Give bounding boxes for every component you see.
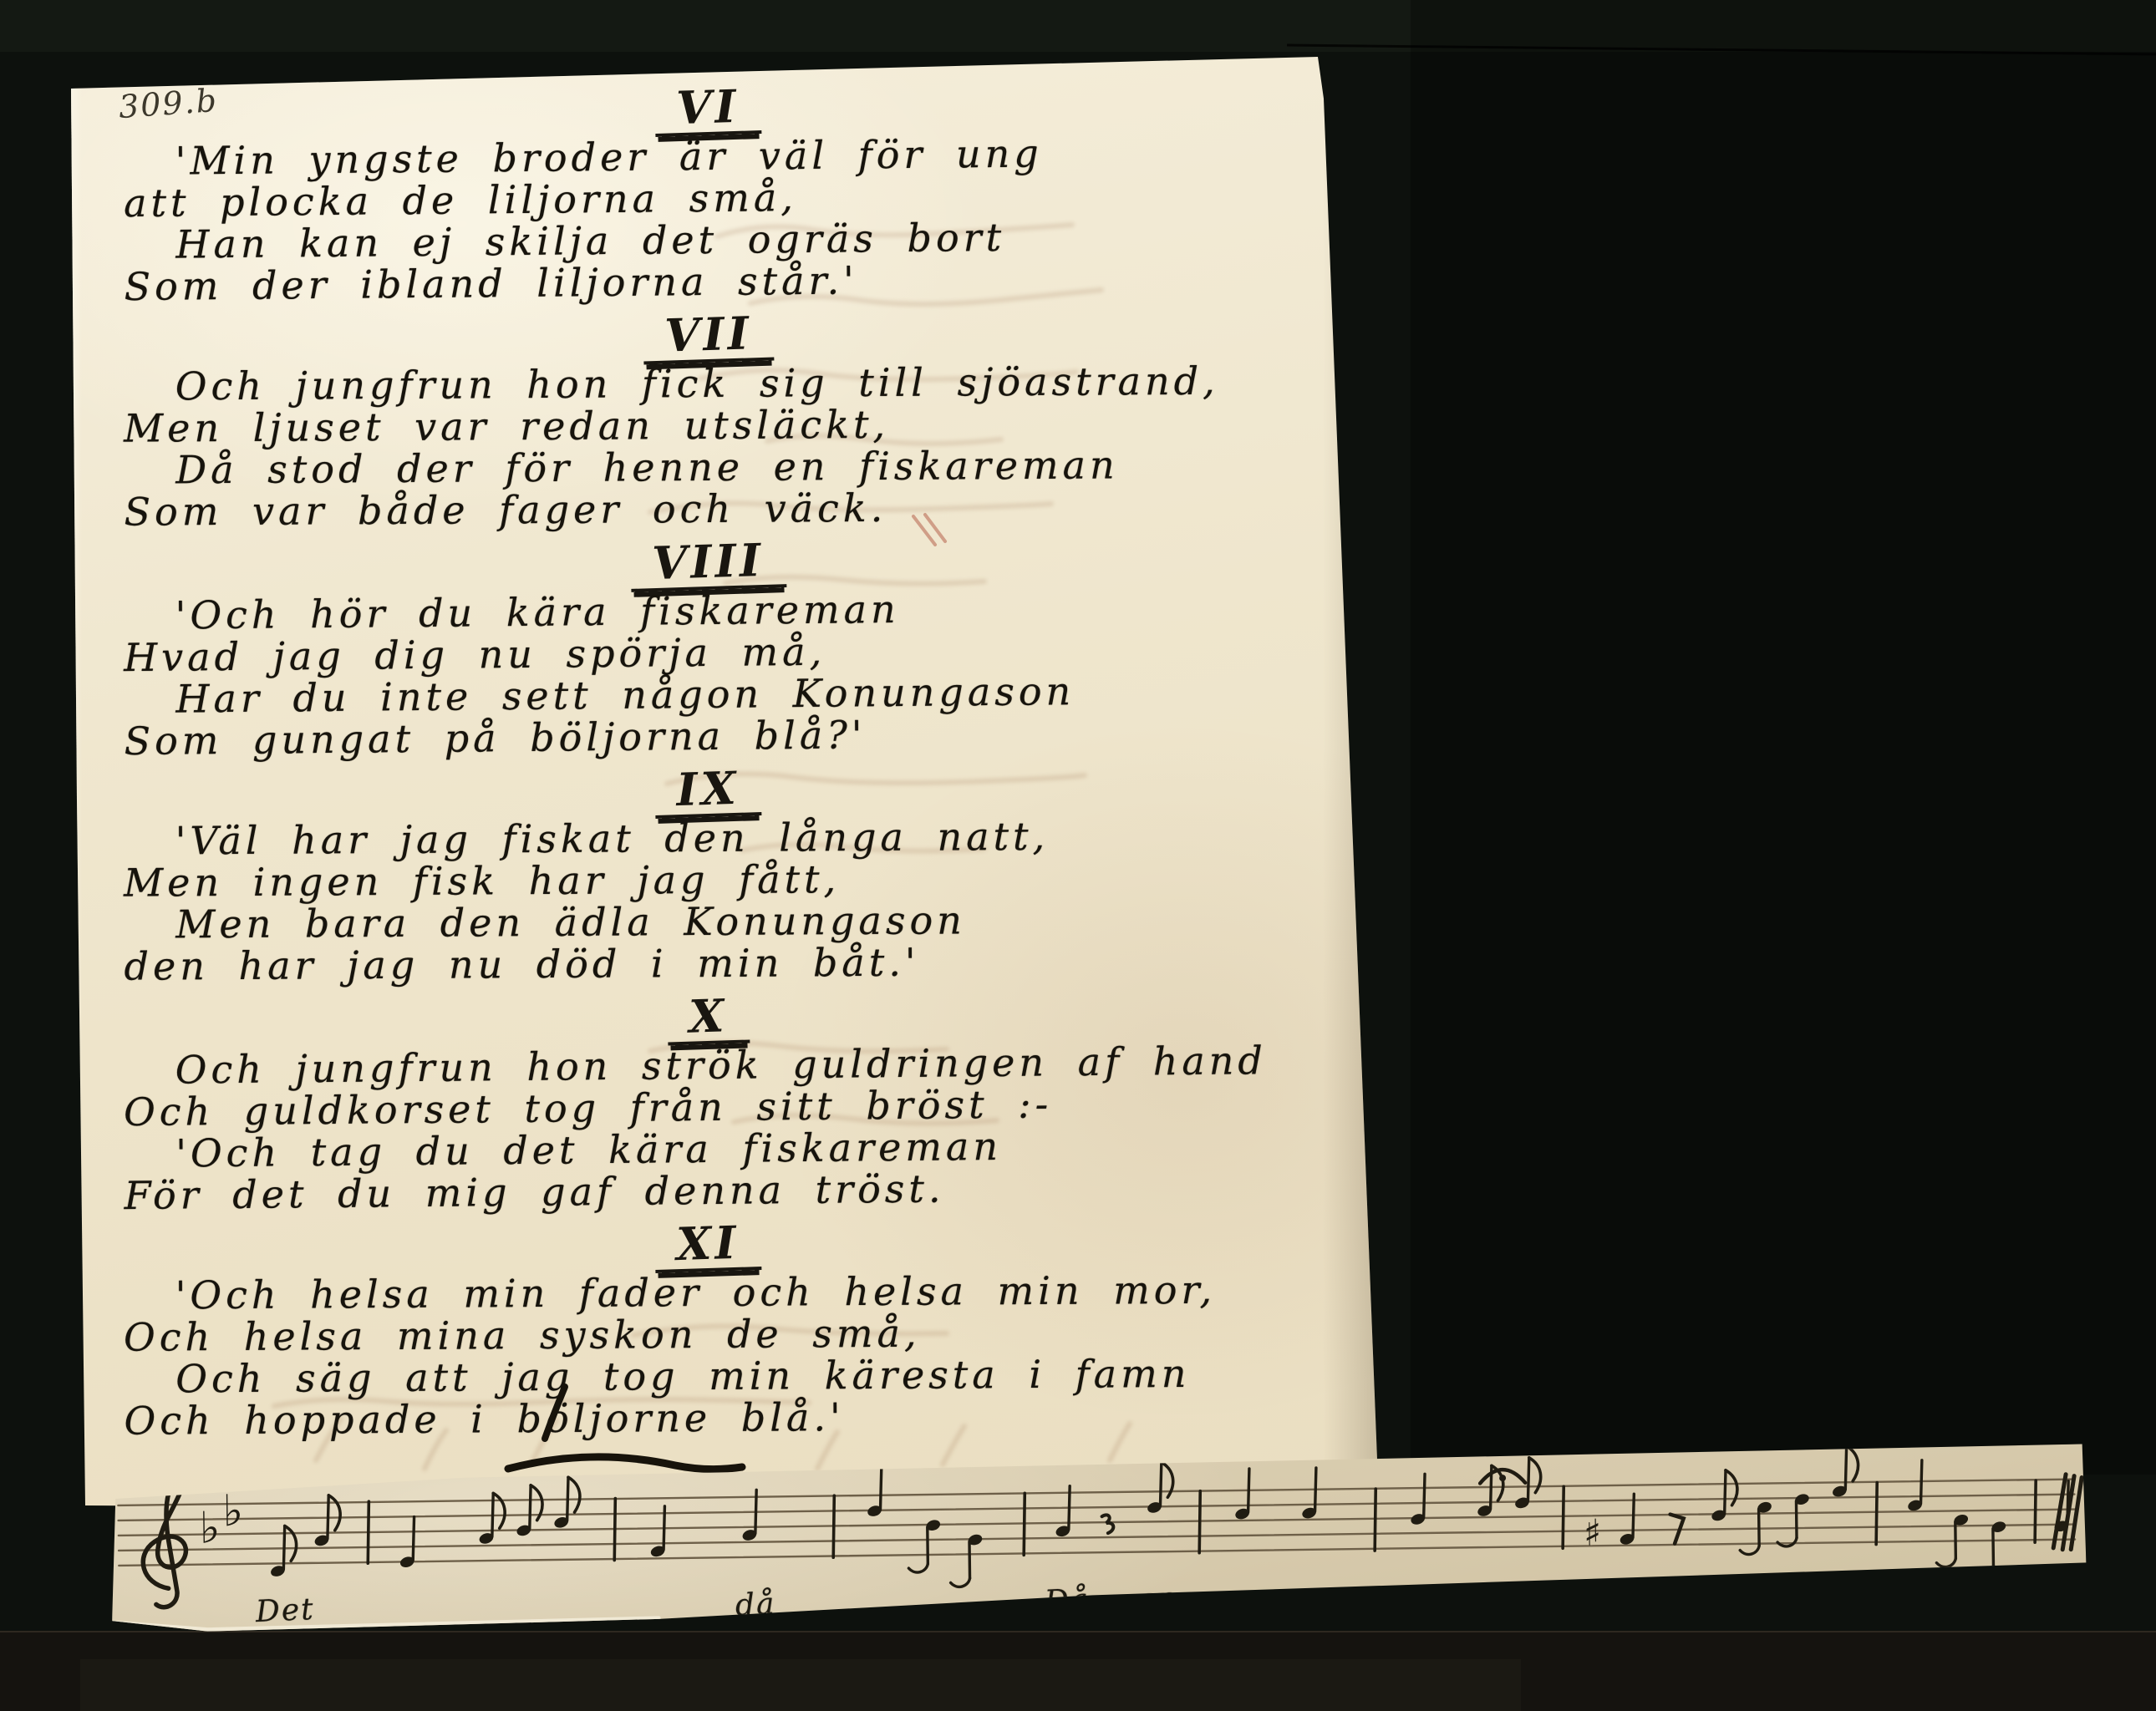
music-lyric: Det [255,1592,316,1629]
verse-line: Men bara den ädla Konungason [124,897,1294,945]
stanza-numeral: VIII [630,536,787,592]
verse-line: den har jag nu död i min båt.' [124,939,1294,987]
verse-line: Då stod der för henne en fiskareman [124,443,1294,490]
music-lyric: Då [1044,1582,1091,1619]
mount-board-right-panel [1411,0,2156,1475]
verse-line: 'Och helsa min fader och helsa min mor, [124,1268,1294,1316]
verse-line: Som der ibland liljorna står.' [124,256,1294,307]
verse-line: Och jungfrun hon fick sig till sjöastran… [124,359,1294,407]
verse-line: Men ingen fisk har jag fått, [124,855,1294,903]
verse-line: Och säg att jag tog min käresta i famn [124,1352,1294,1399]
stanza-viii: VIII 'Och hör du kära fiskareman Hvad ja… [123,535,1294,759]
poem-text-block: VI 'Min yngste broder är väl för ung att… [124,84,1294,1447]
manuscript-page: 309.b VI 'Min yngste broder är väl för u… [65,48,1381,1510]
svg-text:♯: ♯ [1584,1512,1602,1555]
stanza-numeral: X [667,991,750,1045]
stanza-heading: VIII [123,535,1293,592]
music-lyric: var [1117,1582,1173,1618]
stanza-xi: XI 'Och helsa min fader och helsa min mo… [123,1216,1294,1441]
stanza-heading: VII [123,307,1293,365]
stanza-x: X Och jungfrun hon strök guldringen af h… [123,989,1294,1214]
stanza-ix: IX 'Väl har jag fiskat den långa natt, M… [123,762,1294,987]
verse-line: 'Väl har jag fiskat den långa natt, [124,814,1294,861]
verse-line: Och hoppade i böljorne blå.' [124,1394,1294,1441]
music-lyric: som [1589,1575,1658,1612]
music-lyric: då [735,1587,776,1622]
mount-board-bottom-shade [80,1659,1521,1711]
stanza-vii: VII Och jungfrun hon fick sig till sjöas… [123,307,1294,532]
verse-line: För det du mig gaf denna tröst. [124,1165,1294,1216]
svg-text:♭: ♭ [199,1503,220,1553]
stanza-numeral: VI [654,82,762,137]
stanza-heading: IX [123,762,1293,820]
scanned-manuscript-photo: { "document": { "archive_number": "309.b… [0,0,2156,1711]
stanza-numeral: IX [654,764,762,819]
verse-line: Som var både fager och väck. [124,485,1294,532]
svg-text:♭: ♭ [222,1486,243,1536]
stanza-heading: XI [123,1216,1293,1274]
stanza-numeral: VII [642,309,774,365]
page-right-edge-shadow [1323,48,1381,1510]
stanza-numeral: XI [654,1218,762,1273]
stanza-heading: VI [123,80,1293,138]
stanza-vi: VI 'Min yngste broder är väl för ung att… [123,80,1294,305]
page-torn-left-edge [69,82,82,1506]
verse-line: Som gungat på böljorna blå?' [124,710,1294,762]
